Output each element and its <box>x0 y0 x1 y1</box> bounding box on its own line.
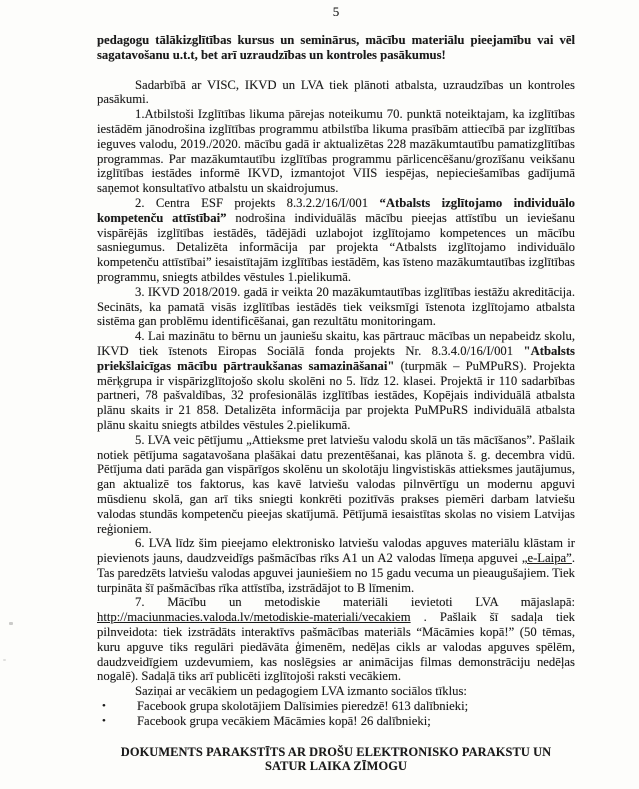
footer-line-2: SATUR LAIKA ZĪMOGU <box>80 759 592 773</box>
text-run: pedagogu tālākizglītības kursus un semin… <box>97 33 575 62</box>
paragraph-text: 6. LVA līdz šim pieejamo elektronisko la… <box>97 536 575 594</box>
list-item: •Facebook grupa vecākiem Mācāmies kopā! … <box>97 714 575 729</box>
text-run: Sadarbībā ar VISC, IKVD un LVA tiek plān… <box>97 78 575 107</box>
paragraph-text: 4. Lai mazinātu to bērnu un jauniešu ska… <box>97 329 575 432</box>
bullet-icon: • <box>97 714 137 729</box>
text-run: 1.Atbilstoši Izglītības likuma pārejas n… <box>97 107 575 195</box>
text-run: 7. Mācību un metodiskie materiāli ieviet… <box>135 595 575 609</box>
list-item: •Facebook grupa skolotājiem Dalīsimies p… <box>97 699 575 714</box>
text-run: Saziņai ar vecākiem un pedagogiem LVA iz… <box>135 684 467 698</box>
scan-artifact <box>3 659 6 661</box>
paragraph: Sadarbībā ar VISC, IKVD un LVA tiek plān… <box>97 78 575 108</box>
document-body: pedagogu tālākizglītības kursus un semin… <box>97 33 575 729</box>
paragraph: 1.Atbilstoši Izglītības likuma pārejas n… <box>97 107 575 196</box>
paragraph-text: 1.Atbilstoši Izglītības likuma pārejas n… <box>97 107 575 195</box>
document-page: 5 pedagogu tālākizglītības kursus un sem… <box>0 0 639 789</box>
bullet-icon: • <box>97 699 137 714</box>
text-run: Facebook grupa skolotājiem Dalīsimies pi… <box>137 699 468 713</box>
paragraph-text: Sadarbībā ar VISC, IKVD un LVA tiek plān… <box>97 78 575 107</box>
url-link[interactable]: http://maciunmacies.valoda.lv/metodiskie… <box>97 610 411 624</box>
e-laipa-link: „e-Laipa” <box>522 551 572 565</box>
paragraph-text: Saziņai ar vecākiem un pedagogiem LVA iz… <box>135 684 467 698</box>
paragraph-text: 2. Centra ESF projekts 8.3.2.2/16/I/001 … <box>97 196 575 284</box>
page-number: 5 <box>97 4 575 20</box>
paragraph-text: Facebook grupa skolotājiem Dalīsimies pi… <box>137 699 575 714</box>
paragraph-text: 3. IKVD 2018/2019. gadā ir veikta 20 maz… <box>97 285 575 329</box>
text-run: 5. LVA veic pētījumu „Attieksme pret lat… <box>97 433 575 536</box>
paragraph-text: 7. Mācību un metodiskie materiāli ieviet… <box>97 595 575 683</box>
scan-artifact <box>9 622 13 625</box>
paragraph: 2. Centra ESF projekts 8.3.2.2/16/I/001 … <box>97 196 575 285</box>
text-run: 3. IKVD 2018/2019. gadā ir veikta 20 maz… <box>97 285 575 329</box>
paragraph-text: pedagogu tālākizglītības kursus un semin… <box>97 33 575 62</box>
text-run: 4. Lai mazinātu to bērnu un jauniešu ska… <box>97 329 575 358</box>
paragraph: 3. IKVD 2018/2019. gadā ir veikta 20 maz… <box>97 285 575 329</box>
signature-footer: DOKUMENTS PARAKSTĪTS AR DROŠU ELEKTRONIS… <box>80 745 592 773</box>
paragraph-text: Facebook grupa vecākiem Mācāmies kopā! 2… <box>137 714 575 729</box>
paragraph-text: 5. LVA veic pētījumu „Attieksme pret lat… <box>97 433 575 536</box>
paragraph: 7. Mācību un metodiskie materiāli ieviet… <box>97 595 575 684</box>
text-run: 6. LVA līdz šim pieejamo elektronisko la… <box>97 536 575 565</box>
text-run: 2. Centra ESF projekts 8.3.2.2/16/I/001 <box>135 196 379 210</box>
paragraph: 6. LVA līdz šim pieejamo elektronisko la… <box>97 536 575 595</box>
text-run: Facebook grupa vecākiem Mācāmies kopā! 2… <box>137 714 431 728</box>
paragraph: 4. Lai mazinātu to bērnu un jauniešu ska… <box>97 329 575 433</box>
paragraph: Saziņai ar vecākiem un pedagogiem LVA iz… <box>97 684 575 699</box>
footer-line-1: DOKUMENTS PARAKSTĪTS AR DROŠU ELEKTRONIS… <box>80 745 592 759</box>
paragraph: 5. LVA veic pētījumu „Attieksme pret lat… <box>97 433 575 537</box>
paragraph: pedagogu tālākizglītības kursus un semin… <box>97 33 575 63</box>
